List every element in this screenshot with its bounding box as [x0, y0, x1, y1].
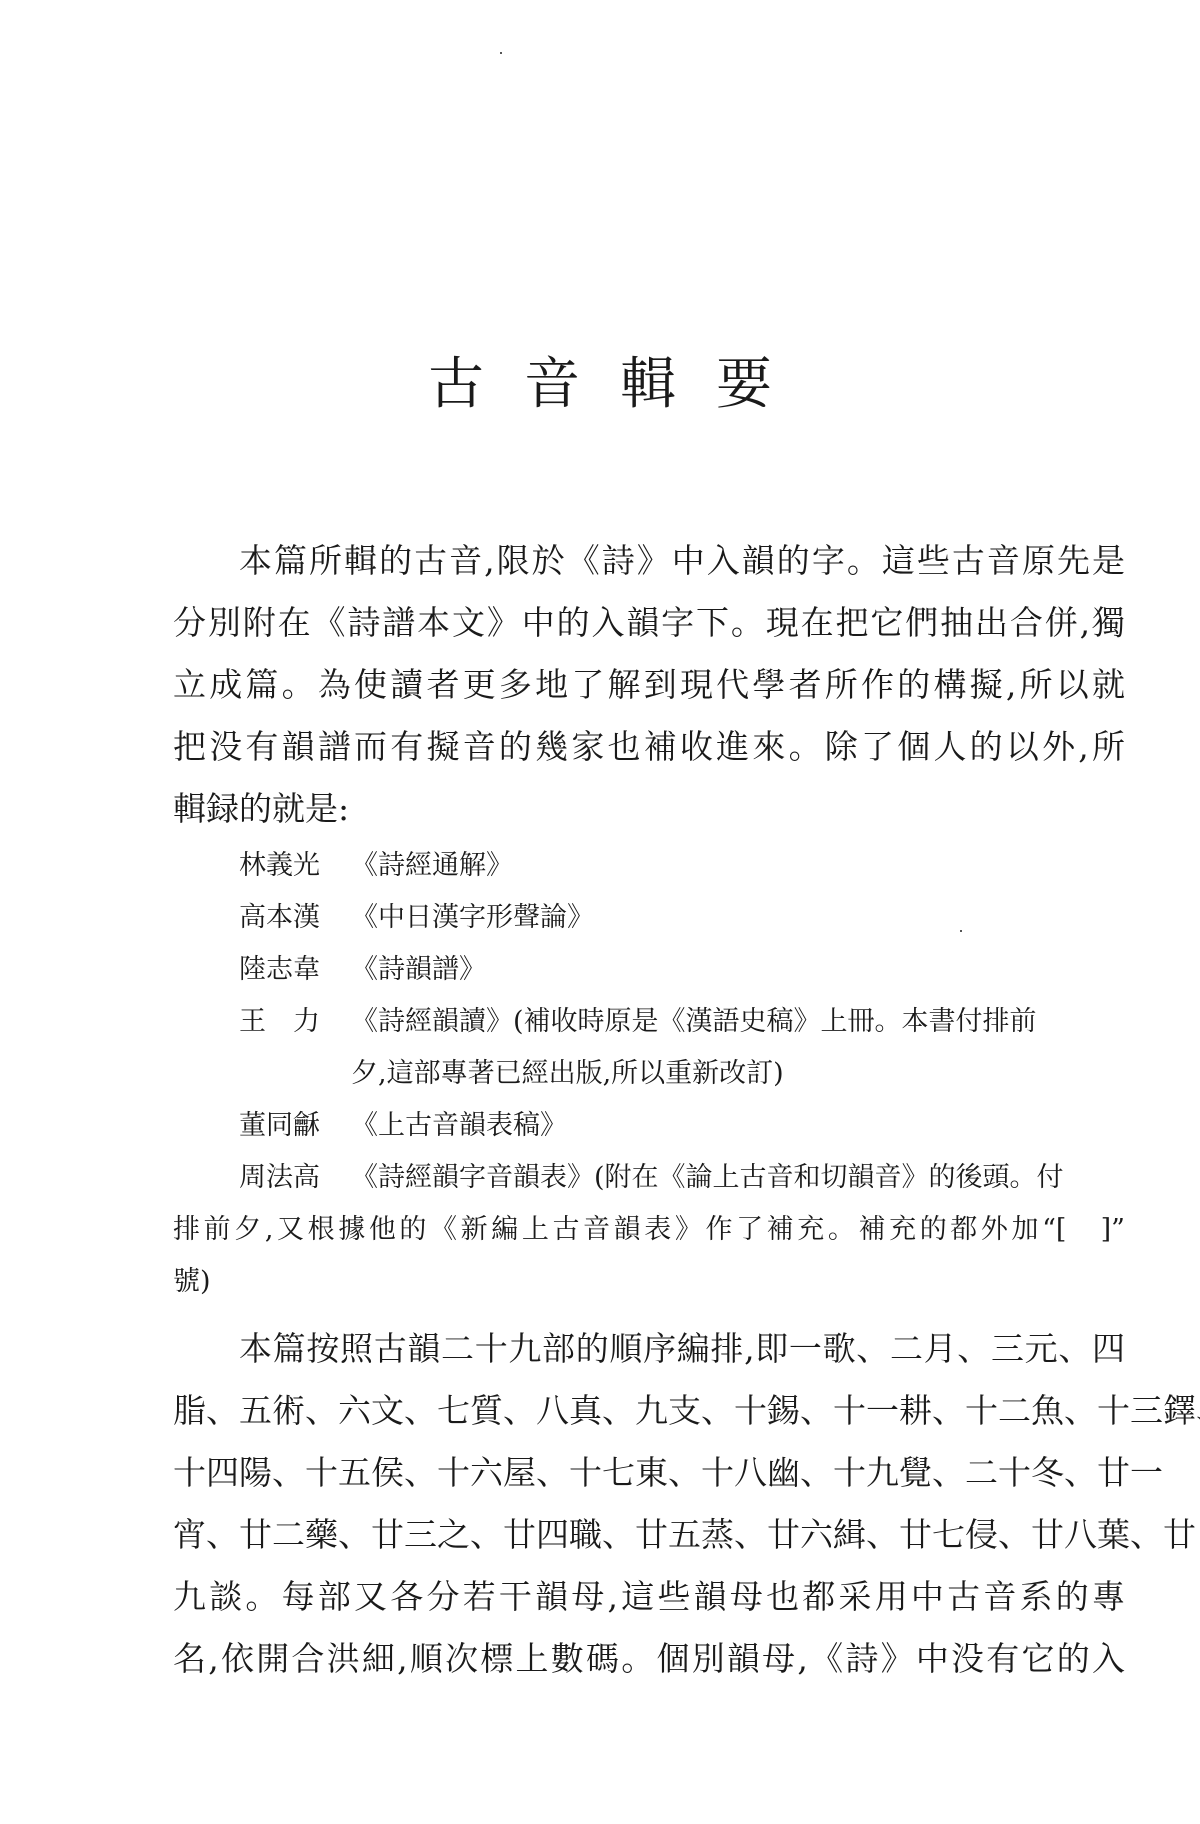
paragraph-line: 分別附在《詩譜本文》中的入韻字下。現在把它們抽出合併,獨	[173, 592, 1125, 654]
paragraph-line: 宵、廿二藥、廿三之、廿四職、廿五蒸、廿六緝、廿七侵、廿八葉、廿	[173, 1504, 1125, 1566]
source-author: 董同龢	[173, 1100, 351, 1152]
paragraph-line: 本篇按照古韻二十九部的順序編排,即一歌、二月、三元、四	[173, 1318, 1125, 1380]
source-work: 《詩經韻字音韻表》(附在《論上古音和切韻音》的後頭。付	[351, 1152, 1064, 1204]
source-work: 《上古音韻表稿》	[351, 1100, 567, 1152]
source-entry: 董同龢《上古音韻表稿》	[173, 1100, 1125, 1152]
source-work: 《詩經韻讀》(補收時原是《漢語史稿》上冊。本書付排前	[351, 996, 1037, 1048]
paragraph-line: 輯録的就是:	[173, 778, 1125, 840]
page-title: 古音輯要	[0, 345, 1200, 425]
source-entry: 高本漢《中日漢字形聲論》	[173, 892, 1125, 944]
source-author: 周法高	[173, 1152, 351, 1204]
source-author: 高本漢	[173, 892, 351, 944]
document-body: 本篇所輯的古音,限於《詩》中入韻的字。這些古音原先是 分別附在《詩譜本文》中的入…	[173, 530, 1125, 1690]
spacer	[173, 1308, 1125, 1318]
source-author: 王 力	[173, 996, 351, 1048]
paragraph-line: 把没有韻譜而有擬音的幾家也補收進來。除了個人的以外,所	[173, 716, 1125, 778]
paragraph-line: 十四陽、十五侯、十六屋、十七東、十八幽、十九覺、二十冬、廿一	[173, 1442, 1125, 1504]
paragraph-line: 立成篇。為使讀者更多地了解到現代學者所作的構擬,所以就	[173, 654, 1125, 716]
paragraph-line: 脂、五術、六文、七質、八真、九支、十錫、十一耕、十二魚、十三鐸、	[173, 1380, 1125, 1442]
source-entry: 周法高《詩經韻字音韻表》(附在《論上古音和切韻音》的後頭。付	[173, 1152, 1125, 1204]
scan-speck	[500, 52, 502, 54]
source-work: 《詩經通解》	[351, 840, 513, 892]
source-work: 《中日漢字形聲論》	[351, 892, 594, 944]
paragraph-line: 九談。每部又各分若干韻母,這些韻母也都采用中古音系的專	[173, 1566, 1125, 1628]
source-entry: 陸志韋《詩韻譜》	[173, 944, 1125, 996]
source-continuation: 排前夕,又根據他的《新編上古音韻表》作了補充。補充的都外加“[ ]”	[173, 1204, 1125, 1256]
source-entry: 王 力《詩經韻讀》(補收時原是《漢語史稿》上冊。本書付排前	[173, 996, 1125, 1048]
paragraph-line: 名,依開合洪細,順次標上數碼。個別韻母,《詩》中没有它的入	[173, 1628, 1125, 1690]
source-continuation: 夕,這部專著已經出版,所以重新改訂)	[173, 1048, 1125, 1100]
source-author: 陸志韋	[173, 944, 351, 996]
source-continuation: 號)	[173, 1256, 1125, 1308]
source-author: 林義光	[173, 840, 351, 892]
source-work: 《詩韻譜》	[351, 944, 486, 996]
source-entry: 林義光《詩經通解》	[173, 840, 1125, 892]
paragraph-line: 本篇所輯的古音,限於《詩》中入韻的字。這些古音原先是	[173, 530, 1125, 592]
